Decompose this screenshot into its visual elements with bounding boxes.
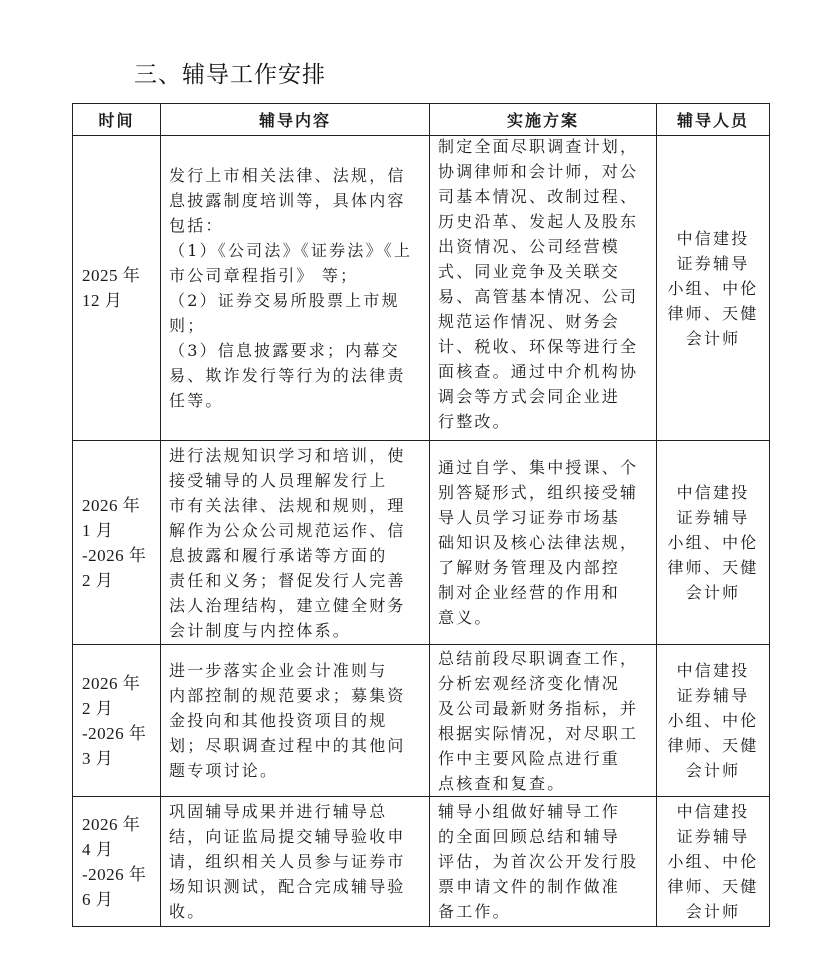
time-text: 2026 年 4 月 -2026 年 6 月 bbox=[73, 812, 160, 912]
plan-cell: 总结前段尽职调查工作， 分析宏观经济变化情况 及公司最新财务指标，并 根据实际情… bbox=[430, 645, 657, 797]
staff-text: 中信建投 证券辅导 小组、中伦 律师、天健 会计师 bbox=[657, 799, 769, 924]
table-header-row: 时间 辅导内容 实施方案 辅导人员 bbox=[73, 104, 770, 136]
content-text: 进行法规知识学习和培训，使 接受辅导的人员理解发行上 市有关法律、法规和规则，理… bbox=[161, 443, 429, 643]
table-row: 2026 年 2 月 -2026 年 3 月 进一步落实企业会计准则与 内部控制… bbox=[73, 645, 770, 797]
content-cell: 发行上市相关法律、法规，信 息披露制度培训等，具体内容 包括： （1）《公司法》… bbox=[161, 136, 430, 441]
time-cell: 2026 年 1 月 -2026 年 2 月 bbox=[73, 441, 161, 645]
content-text: 巩固辅导成果并进行辅导总 结，向证监局提交辅导验收申 请，组织相关人员参与证券市… bbox=[161, 799, 429, 924]
staff-cell: 中信建投 证券辅导 小组、中伦 律师、天健 会计师 bbox=[657, 645, 770, 797]
time-cell: 2025 年 12 月 bbox=[73, 136, 161, 441]
content-cell: 进行法规知识学习和培训，使 接受辅导的人员理解发行上 市有关法律、法规和规则，理… bbox=[161, 441, 430, 645]
plan-cell: 制定全面尽职调查计划， 协调律师和会计师，对公 司基本情况、改制过程、 历史沿革… bbox=[430, 136, 657, 441]
header-time: 时间 bbox=[73, 104, 161, 136]
staff-text: 中信建投 证券辅导 小组、中伦 律师、天健 会计师 bbox=[657, 658, 769, 783]
time-cell: 2026 年 2 月 -2026 年 3 月 bbox=[73, 645, 161, 797]
header-content: 辅导内容 bbox=[161, 104, 430, 136]
plan-text: 辅导小组做好辅导工作 的全面回顾总结和辅导 评估，为首次公开发行股 票申请文件的… bbox=[430, 799, 656, 924]
section-title: 三、辅导工作安排 bbox=[134, 56, 326, 89]
staff-text: 中信建投 证券辅导 小组、中伦 律师、天健 会计师 bbox=[657, 480, 769, 605]
header-staff: 辅导人员 bbox=[657, 104, 770, 136]
plan-text: 总结前段尽职调查工作， 分析宏观经济变化情况 及公司最新财务指标，并 根据实际情… bbox=[430, 646, 656, 796]
content-text: 进一步落实企业会计准则与 内部控制的规范要求；募集资 金投向和其他投资项目的规 … bbox=[161, 658, 429, 783]
tutoring-schedule-table: 时间 辅导内容 实施方案 辅导人员 2025 年 12 月 发行上市相关法律、法… bbox=[72, 103, 770, 927]
table-row: 2026 年 4 月 -2026 年 6 月 巩固辅导成果并进行辅导总 结，向证… bbox=[73, 797, 770, 927]
content-text: 发行上市相关法律、法规，信 息披露制度培训等，具体内容 包括： （1）《公司法》… bbox=[161, 163, 429, 413]
table-row: 2025 年 12 月 发行上市相关法律、法规，信 息披露制度培训等，具体内容 … bbox=[73, 136, 770, 441]
header-plan: 实施方案 bbox=[430, 104, 657, 136]
plan-text: 通过自学、集中授课、个 别答疑形式，组织接受辅 导人员学习证券市场基 础知识及核… bbox=[430, 455, 656, 630]
time-text: 2026 年 1 月 -2026 年 2 月 bbox=[73, 493, 160, 593]
staff-cell: 中信建投 证券辅导 小组、中伦 律师、天健 会计师 bbox=[657, 797, 770, 927]
time-text: 2026 年 2 月 -2026 年 3 月 bbox=[73, 671, 160, 771]
content-cell: 巩固辅导成果并进行辅导总 结，向证监局提交辅导验收申 请，组织相关人员参与证券市… bbox=[161, 797, 430, 927]
staff-cell: 中信建投 证券辅导 小组、中伦 律师、天健 会计师 bbox=[657, 441, 770, 645]
plan-text: 制定全面尽职调查计划， 协调律师和会计师，对公 司基本情况、改制过程、 历史沿革… bbox=[430, 134, 656, 434]
time-text: 2025 年 12 月 bbox=[73, 263, 160, 313]
time-cell: 2026 年 4 月 -2026 年 6 月 bbox=[73, 797, 161, 927]
plan-cell: 辅导小组做好辅导工作 的全面回顾总结和辅导 评估，为首次公开发行股 票申请文件的… bbox=[430, 797, 657, 927]
content-cell: 进一步落实企业会计准则与 内部控制的规范要求；募集资 金投向和其他投资项目的规 … bbox=[161, 645, 430, 797]
staff-text: 中信建投 证券辅导 小组、中伦 律师、天健 会计师 bbox=[657, 226, 769, 351]
staff-cell: 中信建投 证券辅导 小组、中伦 律师、天健 会计师 bbox=[657, 136, 770, 441]
plan-cell: 通过自学、集中授课、个 别答疑形式，组织接受辅 导人员学习证券市场基 础知识及核… bbox=[430, 441, 657, 645]
table-row: 2026 年 1 月 -2026 年 2 月 进行法规知识学习和培训，使 接受辅… bbox=[73, 441, 770, 645]
